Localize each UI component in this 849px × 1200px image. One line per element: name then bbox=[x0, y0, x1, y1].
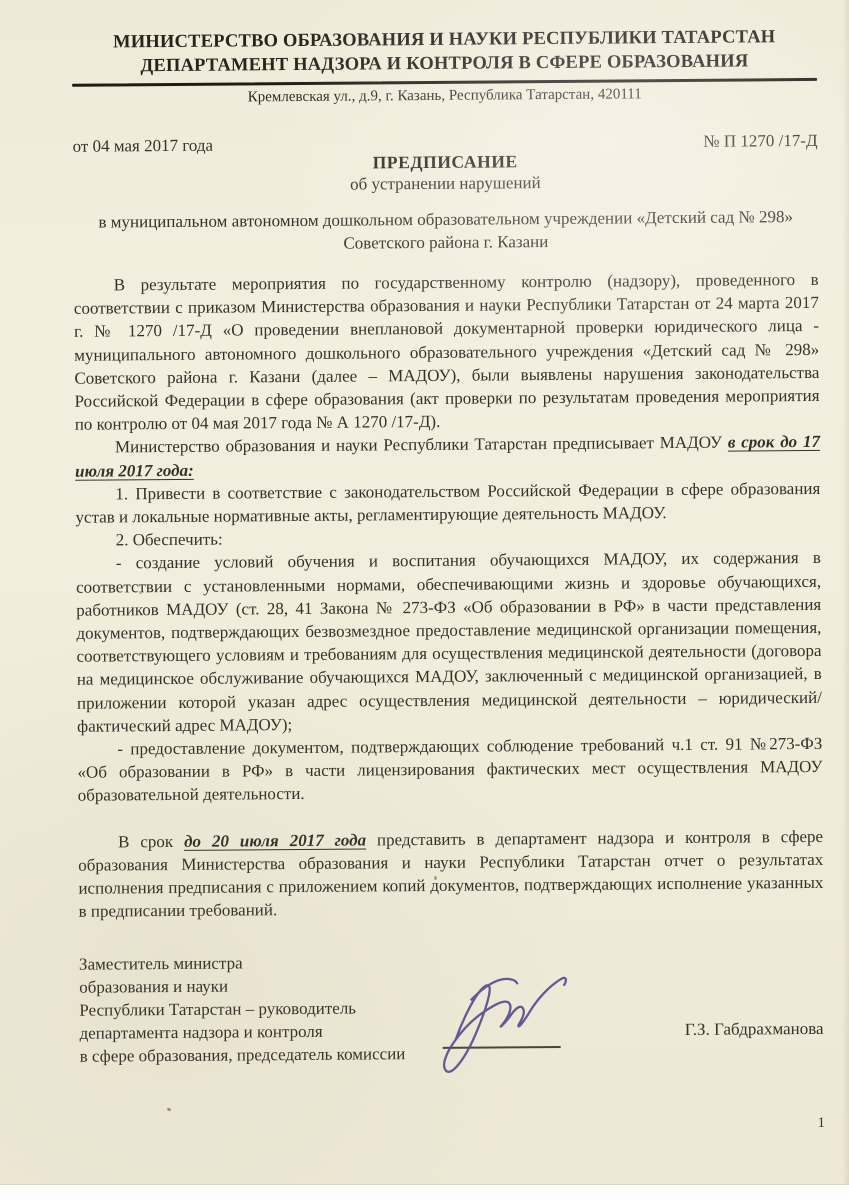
letterhead: МИНИСТЕРСТВО ОБРАЗОВАНИЯ И НАУКИ РЕСПУБЛ… bbox=[72, 25, 818, 109]
paper-speck bbox=[139, 591, 142, 594]
page-number: 1 bbox=[818, 1115, 826, 1132]
addressee-block: в муниципальном автономном дошкольном об… bbox=[73, 206, 818, 257]
signer-name: Г.З. Габдрахманова bbox=[685, 1017, 824, 1041]
requirement-2-sub-2: - предоставление документом, подтверждаю… bbox=[77, 732, 823, 807]
scan-edge-shade bbox=[842, 0, 849, 1200]
report-prefix: В срок bbox=[118, 832, 184, 852]
requirement-2-sub-1: - создание условий обучения и воспитания… bbox=[76, 546, 822, 737]
document-body: В результате мероприятия по государствен… bbox=[74, 268, 824, 923]
department-name: ДЕПАРТАМЕНТ НАДЗОРА И КОНТРОЛЯ В СФЕРЕ О… bbox=[72, 49, 817, 79]
paragraph-order: Министерство образования и науки Республ… bbox=[75, 430, 820, 482]
paragraph-intro: В результате мероприятия по государствен… bbox=[74, 268, 820, 436]
paper-speck bbox=[434, 876, 437, 880]
document-content: МИНИСТЕРСТВО ОБРАЗОВАНИЯ И НАУКИ РЕСПУБЛ… bbox=[0, 0, 849, 1134]
order-prefix: Министерство образования и науки Республ… bbox=[115, 433, 728, 457]
handwritten-signature bbox=[419, 955, 590, 1086]
signature-block: Заместитель министра образования и науки… bbox=[79, 947, 825, 1133]
requirement-1: 1. Привести в соответствие с законодател… bbox=[75, 477, 820, 529]
scanned-document-page: МИНИСТЕРСТВО ОБРАЗОВАНИЯ И НАУКИ РЕСПУБЛ… bbox=[0, 0, 849, 1200]
document-date: от 04 мая 2017 года bbox=[73, 136, 214, 157]
document-subtitle: об устранении нарушений bbox=[73, 170, 818, 198]
paper-speck bbox=[100, 378, 103, 380]
scan-bottom-edge bbox=[0, 1184, 849, 1200]
document-number: № П 1270 /17-Д bbox=[703, 131, 817, 152]
letterhead-address: Кремлевская ул., д.9, г. Казань, Республ… bbox=[72, 84, 817, 109]
deadline-2: до 20 июля 2017 года bbox=[184, 830, 366, 850]
paragraph-report: В срок до 20 июля 2017 года представить … bbox=[78, 825, 824, 924]
